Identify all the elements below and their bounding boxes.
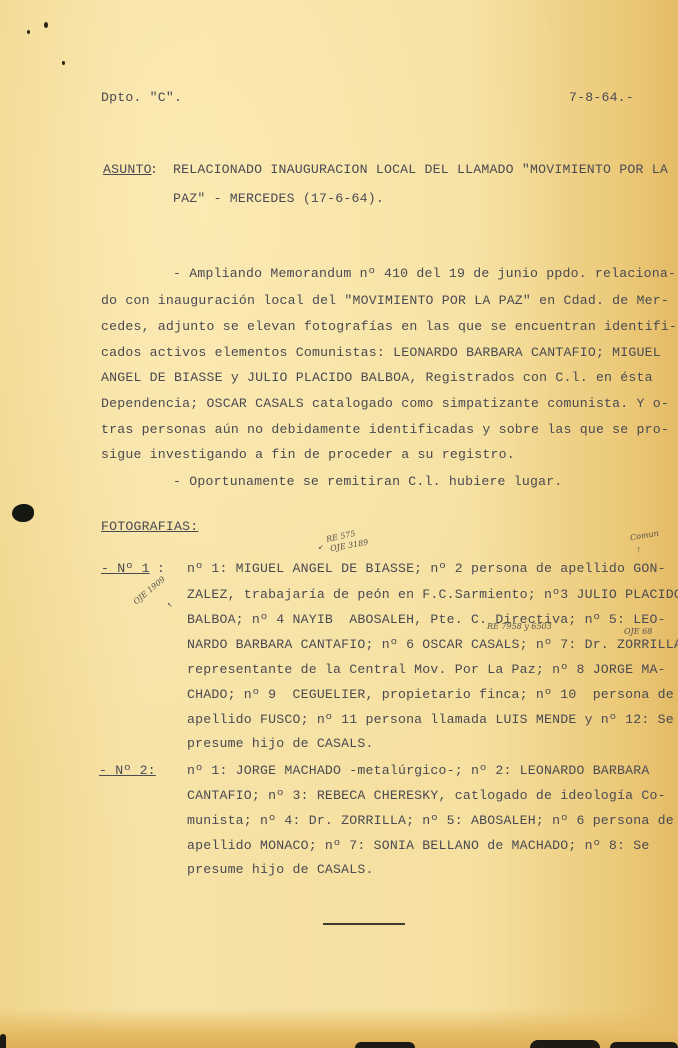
photo-2-label: - Nº 2:: [99, 763, 156, 778]
photo-1-line: apellido FUSCO; nº 11 persona llamada LU…: [187, 712, 674, 727]
photo-2-line: presume hijo de CASALS.: [187, 862, 374, 877]
photo-1-line: nº 1: MIGUEL ANGEL DE BIASSE; nº 2 perso…: [187, 561, 666, 576]
subject-line: RELACIONADO INAUGURACION LOCAL DEL LLAMA…: [173, 162, 668, 177]
body-line: sigue investigando a fin de proceder a s…: [101, 447, 515, 462]
body-line: tras personas aún no debidamente identif…: [101, 422, 669, 437]
ink-speck: [44, 22, 48, 28]
body-closing-line: - Oportunamente se remitiran C.l. hubier…: [173, 474, 562, 489]
body-line: ANGEL DE BIASSE y JULIO PLACIDO BALBOA, …: [101, 370, 653, 385]
handwritten-note: OJE 68: [624, 627, 652, 636]
photo-2-line: munista; nº 4: Dr. ZORRILLA; nº 5: ABOSA…: [187, 813, 674, 828]
photo-1-line: presume hijo de CASALS.: [187, 736, 374, 751]
ink-speck: [62, 61, 65, 65]
photo-1-line: NARDO BARBARA CANTAFIO; nº 6 OSCAR CASAL…: [187, 637, 678, 652]
photo-1-label: - Nº 1: [101, 561, 150, 576]
arrow-mark: ↑: [636, 545, 641, 555]
torn-edge: [0, 1034, 6, 1048]
body-line: Dependencia; OSCAR CASALS catalogado com…: [101, 396, 669, 411]
ink-speck: [27, 30, 30, 34]
photo-1-line: representante de la Central Mov. Por La …: [187, 662, 666, 677]
body-line: do con inauguración local del "MOVIMIENT…: [101, 293, 669, 308]
photo-2-line: nº 1: JORGE MACHADO -metalúrgico-; nº 2:…: [187, 763, 650, 778]
torn-edge: [610, 1042, 678, 1048]
body-line: - Ampliando Memorandum nº 410 del 19 de …: [173, 266, 676, 281]
photo-1-line: BALBOA; nº 4 NAYIB ABOSALEH, Pte. C. Dir…: [187, 612, 666, 627]
photo-2-line: CANTAFIO; nº 3: REBECA CHERESKY, catloga…: [187, 788, 666, 803]
photo-2-line: apellido MONACO; nº 7: SONIA BELLANO de …: [187, 838, 650, 853]
ink-blot: [12, 504, 34, 522]
photos-heading: FOTOGRAFIAS:: [101, 519, 198, 534]
handwritten-note: RE 7958 y 6503: [487, 622, 552, 631]
body-line: cados activos elementos Comunistas: LEON…: [101, 345, 661, 360]
photo-1-line: ZALEZ, trabajaría de peón en F.C.Sarmien…: [187, 587, 678, 602]
subject-label: ASUNTO: [103, 162, 152, 177]
body-line: cedes, adjunto se elevan fotografías en …: [101, 319, 677, 334]
document-date: 7-8-64.-: [569, 90, 634, 105]
torn-edge: [530, 1040, 600, 1048]
torn-edge: [355, 1042, 415, 1048]
closing-rule: [323, 923, 405, 925]
arrow-mark: ↙: [318, 542, 323, 552]
subject-line: PAZ" - MERCEDES (17-6-64).: [173, 191, 384, 206]
subject-colon: :: [150, 162, 158, 177]
department-label: Dpto. "C".: [101, 90, 182, 105]
arrow-mark: ↖: [167, 600, 172, 610]
photo-1-line: CHADO; nº 9 CEGUELIER, propietario finca…: [187, 687, 674, 702]
